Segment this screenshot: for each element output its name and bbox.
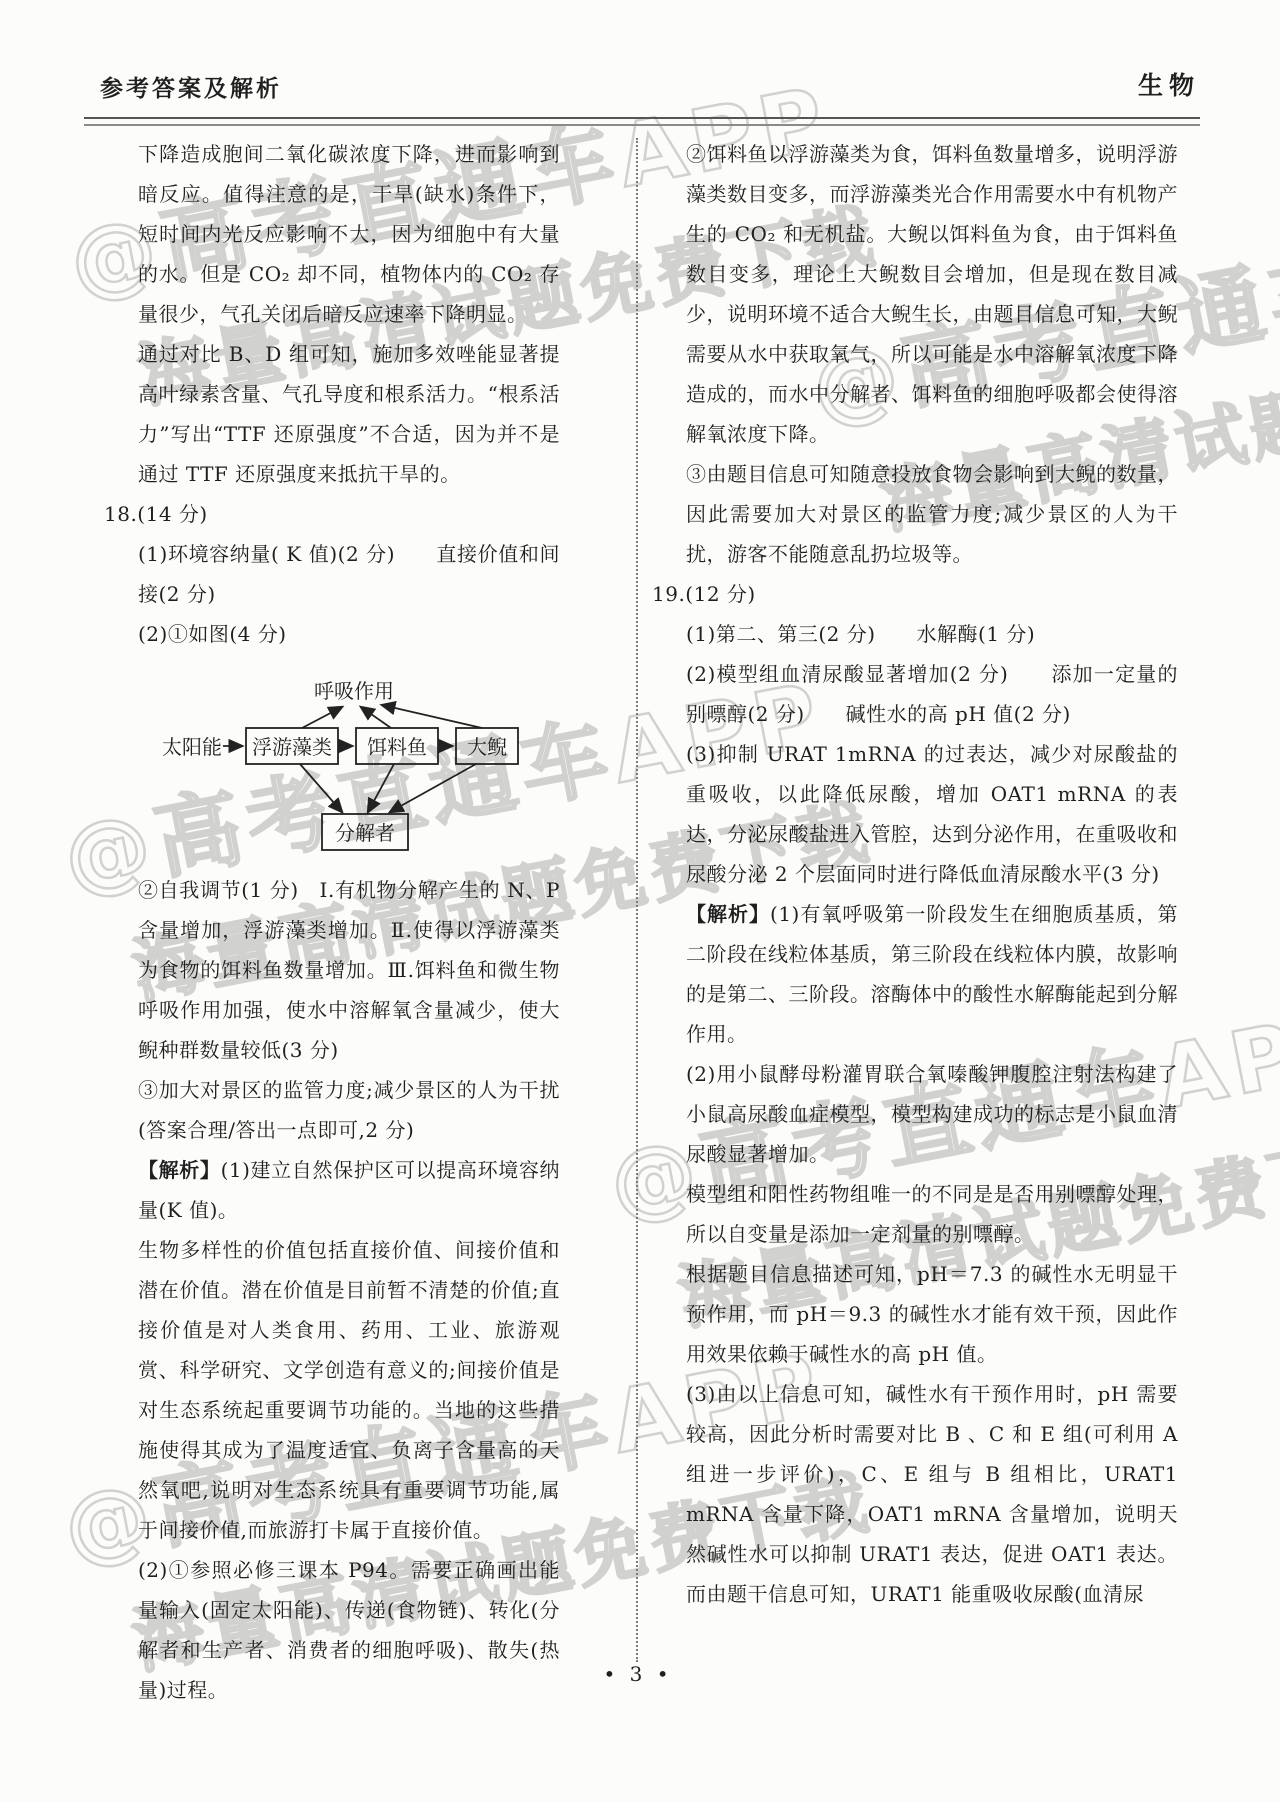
answer-paragraph: 根据题目信息描述可知，pH＝7.3 的碱性水无明显干预作用，而 pH＝9.3 的… [652, 1254, 1178, 1374]
diagram-algae-label: 浮游藻类 [252, 735, 332, 759]
page-number: • 3 • [558, 1662, 718, 1686]
answer-paragraph: (2)①如图(4 分) [104, 614, 560, 654]
answer-paragraph: ②饵料鱼以浮游藻类为食，饵料鱼数量增多，说明浮游藻类数目变多，而浮游藻类光合作用… [652, 134, 1178, 454]
arrow-salamander-to-respiration [382, 705, 482, 728]
answer-paragraph: (3)由以上信息可知，碱性水有干预作用时，pH 需要较高，因此分析时需要对比 B… [652, 1374, 1178, 1614]
answer-paragraph: (2)①参照必修三课本 P94。需要正确画出能量输入(固定太阳能)、传递(食物链… [104, 1550, 560, 1710]
right-column: ②饵料鱼以浮游藻类为食，饵料鱼数量增多，说明浮游藻类数目变多，而浮游藻类光合作用… [652, 134, 1178, 1614]
column-divider [636, 138, 638, 1662]
right-column-items: ②饵料鱼以浮游藻类为食，饵料鱼数量增多，说明浮游藻类数目变多，而浮游藻类光合作用… [652, 134, 1178, 1614]
answer-paragraph: ③加大对景区的监管力度;减少景区的人为干扰(答案合理/答出一点即可,2 分) [104, 1070, 560, 1150]
answer-paragraph: 通过对比 B、D 组可知，施加多效唑能显著提高叶绿素含量、气孔导度和根系活力。“… [104, 334, 560, 494]
analysis-label: 【解析】 [138, 1158, 221, 1182]
answer-paragraph: 模型组和阳性药物组唯一的不同是是否用别嘌醇处理，所以自变量是添加一定剂量的别嘌醇… [652, 1174, 1178, 1254]
arrow-baitfish-to-decomposer [368, 764, 394, 812]
answer-paragraph: (3)抑制 URAT 1mRNA 的过表达，减少对尿酸盐的重吸收，以此降低尿酸，… [652, 734, 1178, 894]
answer-paragraph: 下降造成胞间二氧化碳浓度下降，进而影响到暗反应。值得注意的是，干旱(缺水)条件下… [104, 134, 560, 334]
answer-paragraph: 【解析】(1)有氧呼吸第一阶段发生在细胞质基质，第二阶段在线粒体基质，第三阶段在… [652, 894, 1178, 1054]
left-column-bottom: ②自我调节(1 分) Ⅰ.有机物分解产生的 N、P 含量增加，浮游藻类增加。Ⅱ.… [104, 870, 560, 1710]
left-column: 下降造成胞间二氧化碳浓度下降，进而影响到暗反应。值得注意的是，干旱(缺水)条件下… [104, 134, 560, 1710]
left-column-top: 下降造成胞间二氧化碳浓度下降，进而影响到暗反应。值得注意的是，干旱(缺水)条件下… [104, 134, 560, 654]
subject-label: 生物 [1138, 66, 1200, 102]
answer-paragraph: 生物多样性的价值包括直接价值、间接价值和潜在价值。潜在价值是目前暂不清楚的价值;… [104, 1230, 560, 1550]
question-number: 19.(12 分) [652, 574, 1178, 614]
diagram-decomposer-label: 分解者 [335, 821, 395, 845]
answer-paragraph: (1)第二、第三(2 分) 水解酶(1 分) [652, 614, 1178, 654]
answer-paragraph: ③由题目信息可知随意投放食物会影响到大鲵的数量，因此需要加大对景区的监管力度;减… [652, 454, 1178, 574]
answer-sheet-page: @高考直通车APP 海量高清试题免费下载 @高考直通车APP 海量高清试题免费下… [0, 0, 1280, 1802]
arrow-algae-to-decomposer [300, 764, 342, 812]
answer-paragraph: (2)用小鼠酵母粉灌胃联合氧嗪酸钾腹腔注射法构建了小鼠高尿酸血症模型，模型构建成… [652, 1054, 1178, 1174]
answer-paragraph: (1)环境容纳量( K 值)(2 分) 直接价值和间接(2 分) [104, 534, 560, 614]
diagram-solar-label: 太阳能 [162, 735, 222, 759]
header-double-rule [84, 117, 1200, 126]
answer-paragraph: ②自我调节(1 分) Ⅰ.有机物分解产生的 N、P 含量增加，浮游藻类增加。Ⅱ.… [104, 870, 560, 1070]
arrow-salamander-to-decomposer [390, 764, 476, 812]
page-title: 参考答案及解析 [100, 70, 282, 103]
diagram-baitfish-label: 饵料鱼 [367, 735, 427, 759]
diagram-respiration-label: 呼吸作用 [314, 679, 394, 703]
arrow-baitfish-to-respiration [361, 707, 391, 728]
question-number: 18.(14 分) [104, 494, 560, 534]
answer-paragraph: (2)模型组血清尿酸显著增加(2 分) 添加一定量的别嘌醇(2 分) 碱性水的高… [652, 654, 1178, 734]
diagram-salamander-label: 大鲵 [467, 735, 507, 759]
analysis-label: 【解析】 [686, 902, 770, 926]
answer-paragraph: 【解析】(1)建立自然保护区可以提高环境容纳量(K 值)。 [104, 1150, 560, 1230]
arrow-algae-to-respiration [302, 707, 342, 728]
energy-flow-diagram: 呼吸作用 太阳能 浮游藻类 饵料鱼 大鲵 分解者 [104, 666, 560, 864]
